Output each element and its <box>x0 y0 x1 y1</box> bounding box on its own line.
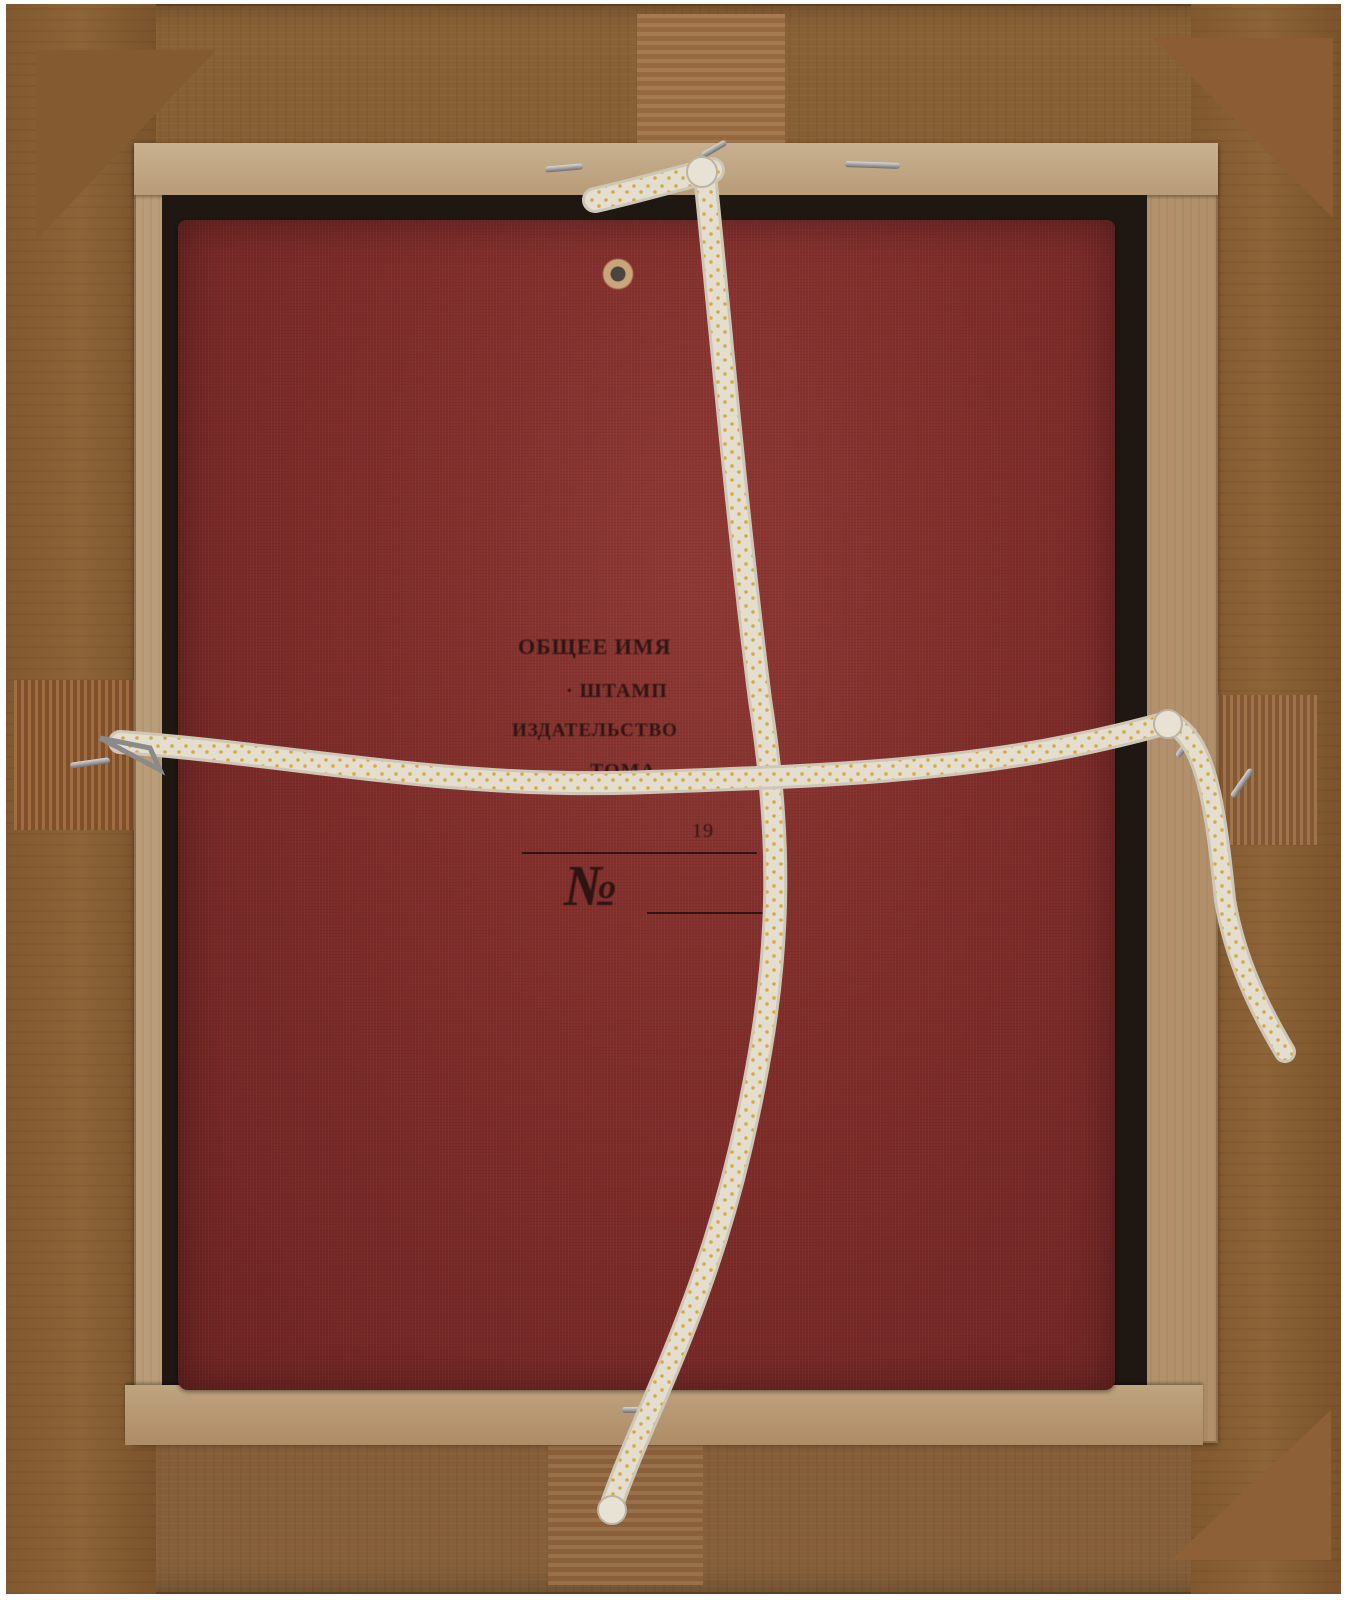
stamp-rule <box>647 912 765 914</box>
stamp-line-4: ТОМА <box>590 760 656 783</box>
stamp-date: 19 <box>692 820 714 843</box>
ink-stamp: ОБЩЕЕ ИМЯ · ШТАМП ИЗДАТЕЛЬСТВО ТОМА 19 № <box>512 620 772 930</box>
stamp-line-3: ИЗДАТЕЛЬСТВО <box>512 720 678 742</box>
stamp-line-1: ОБЩЕЕ ИМЯ <box>518 634 671 660</box>
nail-icon <box>622 1407 642 1413</box>
stamp-line-2: · ШТАМП <box>566 680 668 703</box>
framed-painting-back-photo: ОБЩЕЕ ИМЯ · ШТАМП ИЗДАТЕЛЬСТВО ТОМА 19 № <box>0 0 1363 1600</box>
center-block-bottom <box>548 1440 703 1585</box>
stamp-number-sign: № <box>564 852 618 919</box>
rivet-icon <box>600 258 636 290</box>
inner-top-rail <box>134 143 1218 195</box>
inner-bottom-rail <box>125 1385 1203 1445</box>
center-block-top <box>637 14 785 144</box>
stamp-rule <box>522 852 757 854</box>
